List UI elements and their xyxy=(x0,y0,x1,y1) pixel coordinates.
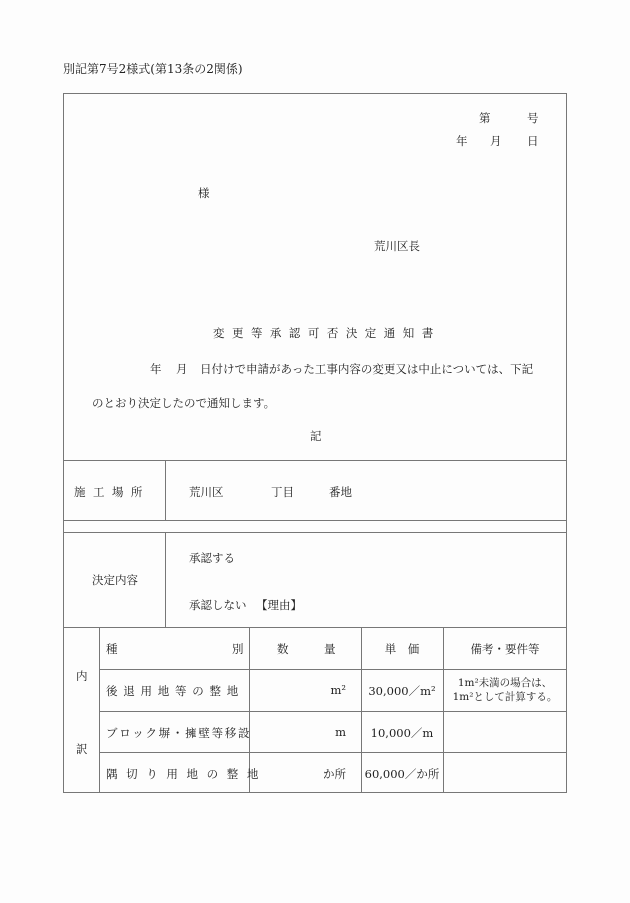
row-type: ブロック塀・擁壁等移設 xyxy=(106,725,251,741)
header-qty-right: 量 xyxy=(324,641,336,657)
date-year: 年 xyxy=(456,133,468,149)
decision-label: 決定内容 xyxy=(92,572,138,588)
row-type: 隅切り用地の整地 xyxy=(106,766,267,782)
divider xyxy=(165,532,166,627)
site-ward: 荒川区 xyxy=(189,484,224,500)
row-note-line2: 1m²として計算する。 xyxy=(443,690,567,704)
ki-label: 記 xyxy=(310,428,322,444)
addressee-suffix: 様 xyxy=(198,185,210,201)
header-unit-price: 単 価 xyxy=(361,641,443,657)
body-line1: 日付けで申請があった工事内容の変更又は中止については、下記 xyxy=(200,361,533,377)
issuer: 荒川区長 xyxy=(374,238,420,254)
decision-reason: 【理由】 xyxy=(256,597,302,613)
header-notes: 備考・要件等 xyxy=(443,641,567,657)
row-unit: m xyxy=(249,725,346,739)
form-label: 別記第7号2様式(第13条の2関係) xyxy=(63,60,243,77)
divider xyxy=(99,627,100,793)
divider xyxy=(99,752,567,753)
document-title: 変更等承認可否決定通知書 xyxy=(213,325,441,341)
date-month: 月 xyxy=(490,133,502,149)
header-type-left: 種 xyxy=(106,641,118,657)
number-suffix: 号 xyxy=(527,110,539,126)
row-price: 60,000／か所 xyxy=(361,766,443,782)
divider xyxy=(63,627,567,628)
divider xyxy=(63,460,567,461)
divider xyxy=(63,520,567,521)
breakdown-label-bottom: 訳 xyxy=(76,741,88,757)
breakdown-label-top: 内 xyxy=(76,668,88,684)
row-note: 1m²未満の場合は、 1m²として計算する。 xyxy=(443,676,567,704)
site-banchi: 番地 xyxy=(329,484,352,500)
date-day: 日 xyxy=(527,133,539,149)
site-label: 施工場所 xyxy=(74,484,150,500)
header-qty-left: 数 xyxy=(277,641,289,657)
body-month: 月 xyxy=(176,361,188,377)
divider xyxy=(99,711,567,712)
decision-approve: 承認する xyxy=(189,550,235,566)
divider xyxy=(63,532,567,533)
divider xyxy=(165,460,166,520)
row-type: 後退用地等の整地 xyxy=(106,683,244,699)
number-prefix: 第 xyxy=(479,110,491,126)
row-price: 30,000／m² xyxy=(361,683,443,699)
row-unit: か所 xyxy=(249,766,346,782)
header-type-right: 別 xyxy=(232,641,244,657)
body-line2: のとおり決定したので通知します。 xyxy=(92,395,275,411)
decision-reject: 承認しない xyxy=(189,597,247,613)
row-note-line1: 1m²未満の場合は、 xyxy=(443,676,567,690)
row-unit: m² xyxy=(249,683,346,697)
row-price: 10,000／m xyxy=(361,725,443,741)
divider xyxy=(99,669,567,670)
body-year: 年 xyxy=(150,361,162,377)
site-chome: 丁目 xyxy=(271,484,294,500)
